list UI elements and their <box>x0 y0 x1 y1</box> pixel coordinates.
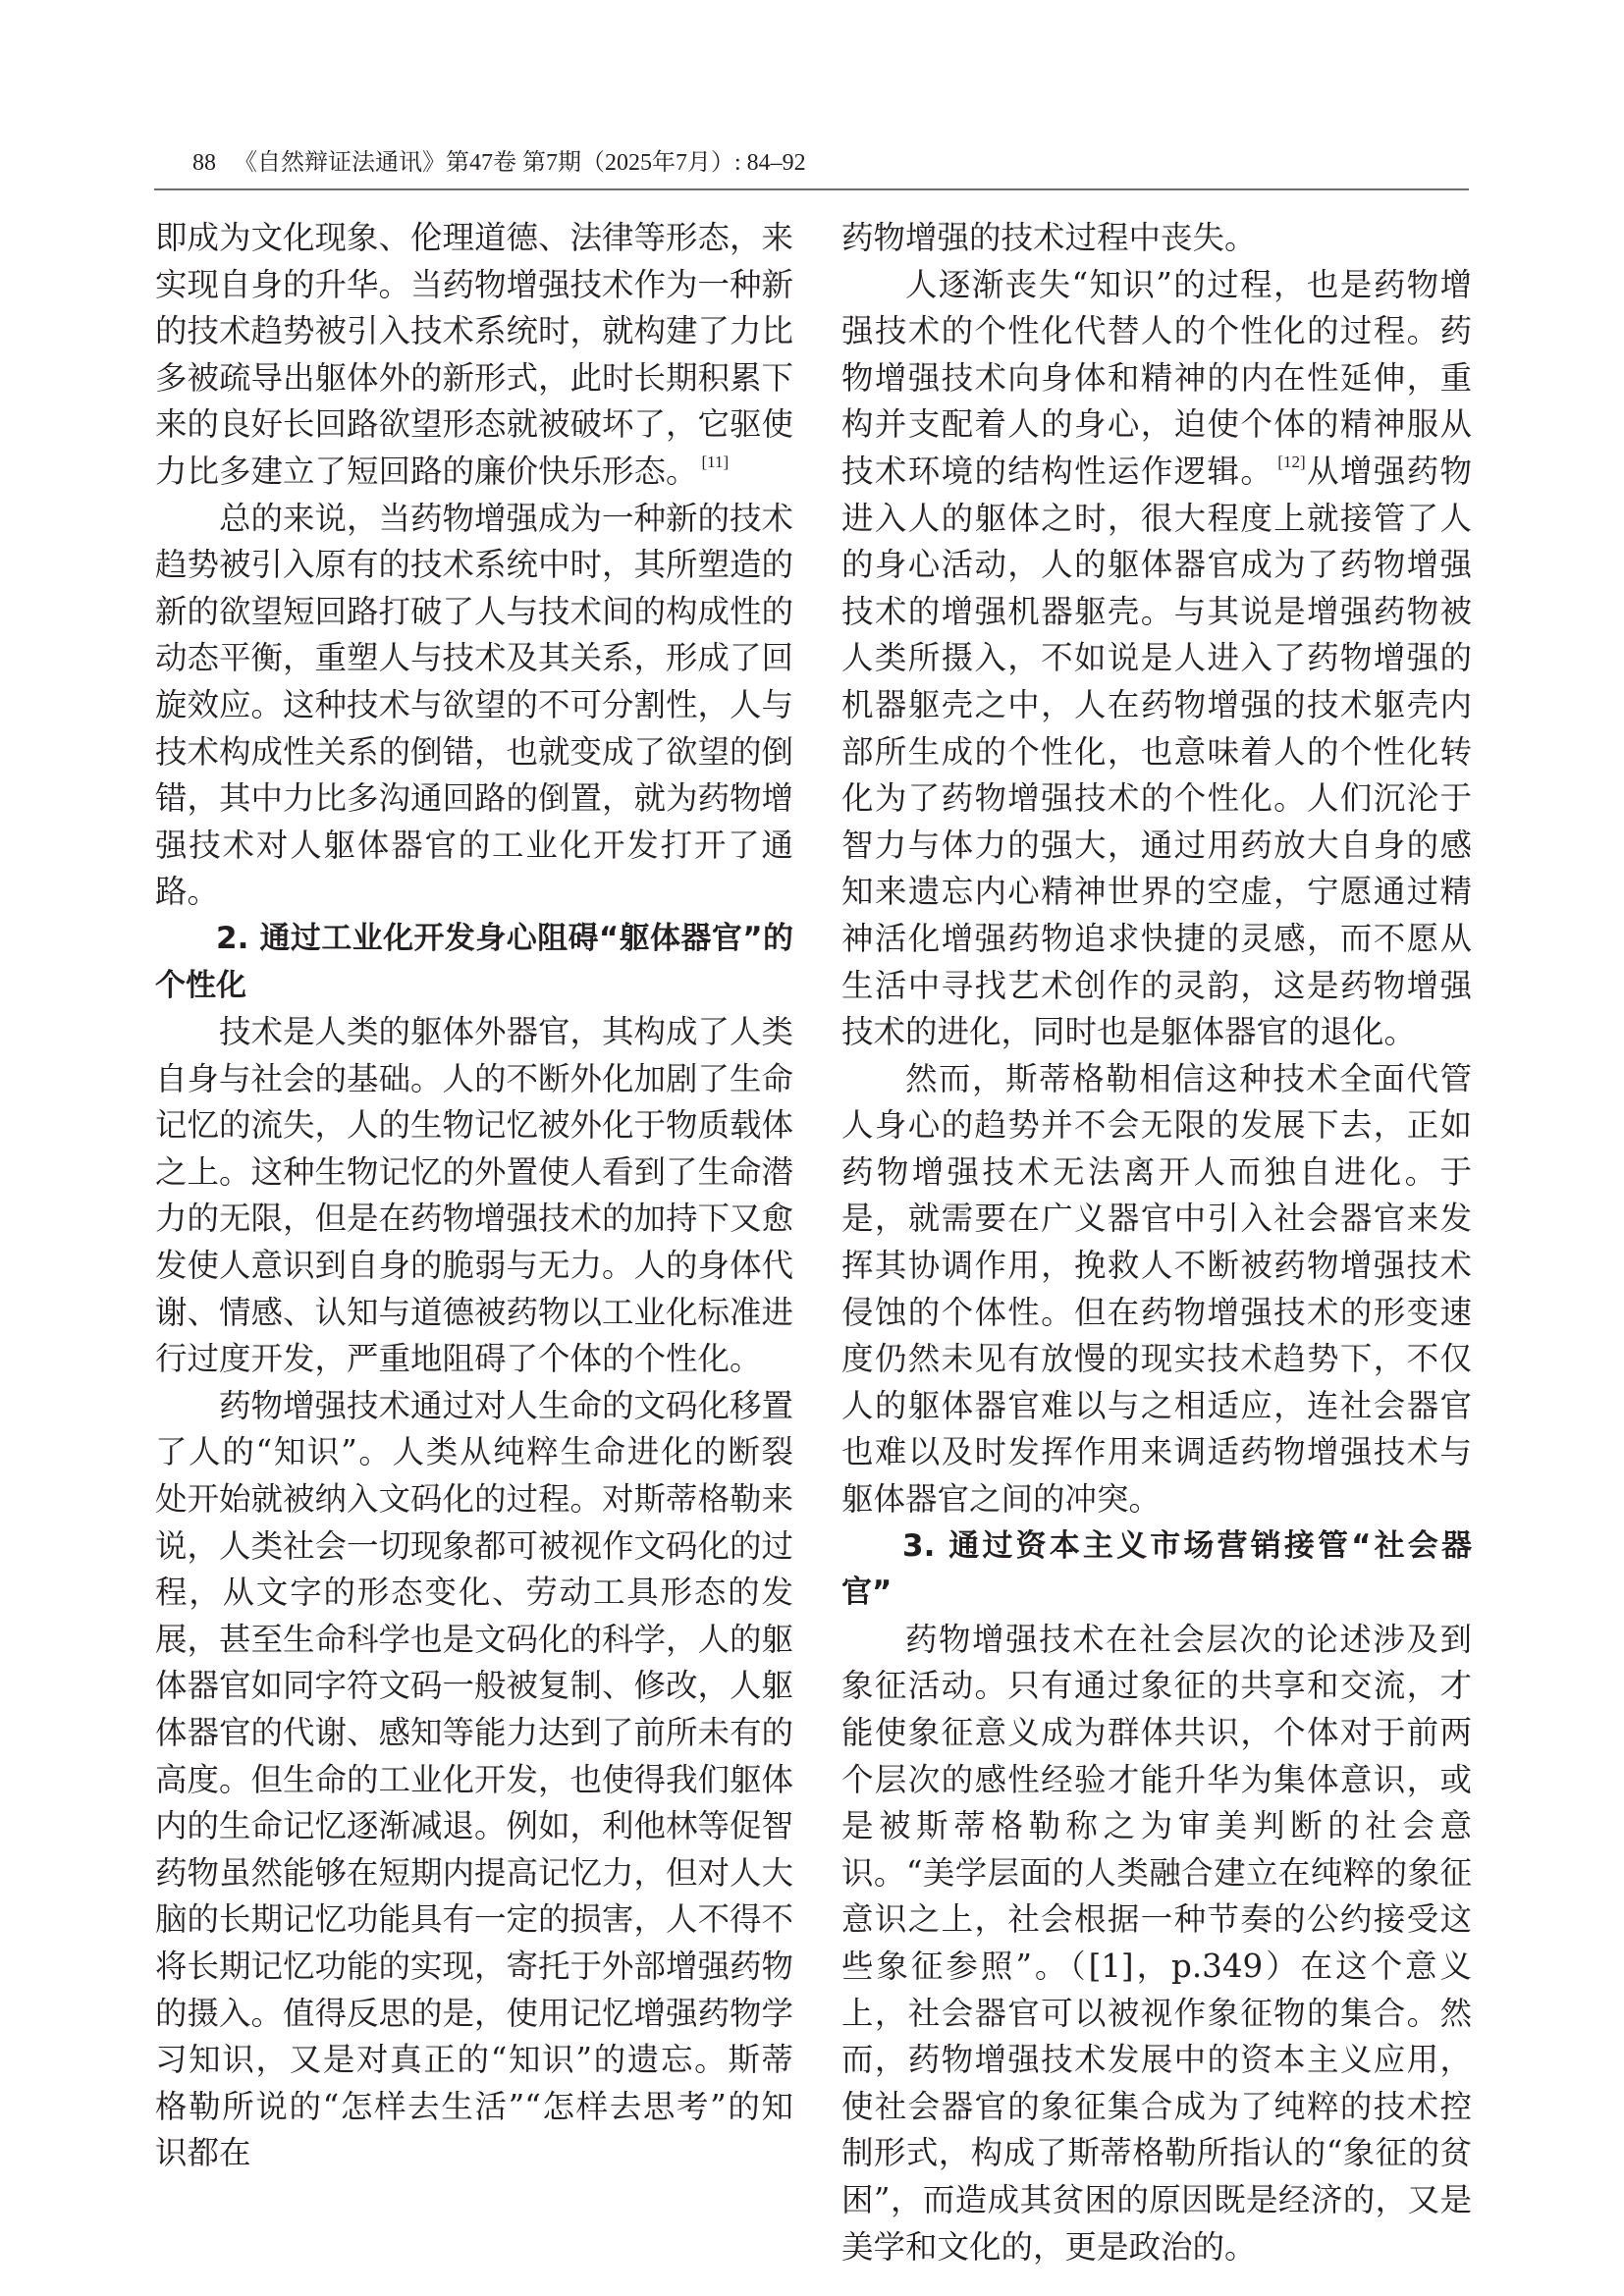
paragraph: 技术是人类的躯体外器官，其构成了人类自身与社会的基础。人的不断外化加剧了生命记忆… <box>155 1009 793 1383</box>
paragraph-text: 即成为文化现象、伦理道德、法律等形态，来实现自身的升华。当药物增强技术作为一种新… <box>155 219 793 490</box>
paragraph-text: 从增强药物进入人的躯体之时，很大程度上就接管了人的身心活动，人的躯体器官成为了药… <box>841 453 1472 1050</box>
journal-page: 88《自然辩证法通讯》第47卷 第7期（2025年7月）: 84–92 即成为文… <box>0 0 1624 2296</box>
citation-marker: [12] <box>1277 453 1305 471</box>
section-heading: 3. 通过资本主义市场营销接管“社会器官” <box>841 1523 1472 1617</box>
paragraph: 药物增强的技术过程中丧失。 <box>841 215 1472 262</box>
paragraph: 人逐渐丧失“知识”的过程，也是药物增强技术的个性化代替人的个性化的过程。药物增强… <box>841 262 1472 1056</box>
paragraph: 总的来说，当药物增强成为一种新的技术趋势被引入原有的技术系统中时，其所塑造的新的… <box>155 496 793 916</box>
paragraph: 药物增强技术在社会层次的论述涉及到象征活动。只有通过象征的共享和交流，才能使象征… <box>841 1617 1472 2270</box>
right-column: 药物增强的技术过程中丧失。 人逐渐丧失“知识”的过程，也是药物增强技术的个性化代… <box>841 215 1472 2270</box>
paragraph: 即成为文化现象、伦理道德、法律等形态，来实现自身的升华。当药物增强技术作为一种新… <box>155 215 793 496</box>
page-number: 88 <box>192 143 216 183</box>
running-head: 88《自然辩证法通讯》第47卷 第7期（2025年7月）: 84–92 <box>192 143 806 183</box>
section-heading: 2. 通过工业化开发身心阻碍“躯体器官”的个性化 <box>155 916 793 1009</box>
paragraph: 然而，斯蒂格勒相信这种技术全面代管人身心的趋势并不会无限的发展下去，正如药物增强… <box>841 1056 1472 1523</box>
journal-citation: 《自然辩证法通讯》第47卷 第7期（2025年7月）: 84–92 <box>234 150 806 176</box>
citation-marker: [11] <box>702 453 730 471</box>
left-column: 即成为文化现象、伦理道德、法律等形态，来实现自身的升华。当药物增强技术作为一种新… <box>155 215 793 2177</box>
paragraph: 药物增强技术通过对人生命的文码化移置了人的“知识”。人类从纯粹生命进化的断裂处开… <box>155 1383 793 2177</box>
header-rule <box>154 188 1469 190</box>
